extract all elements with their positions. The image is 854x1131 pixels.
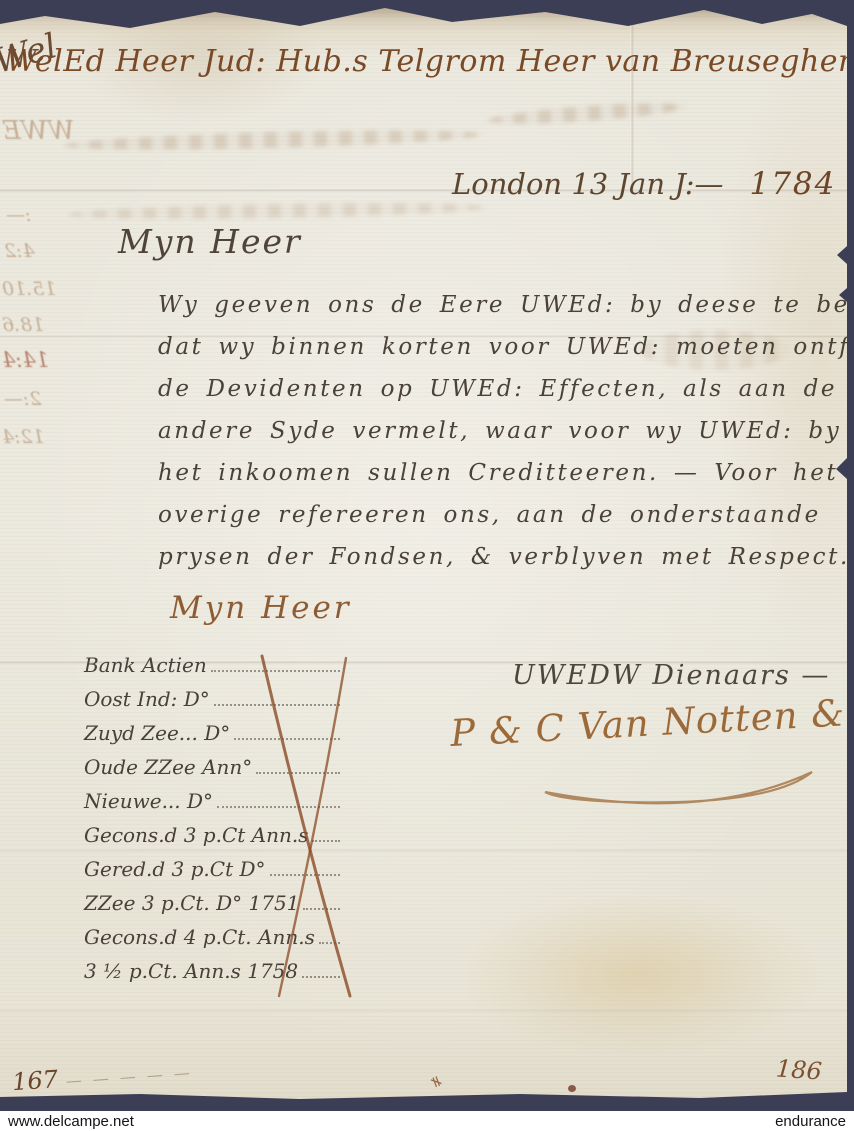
bleedthrough-line	[64, 127, 484, 154]
watermark-seller: endurance	[775, 1113, 846, 1130]
bleedthrough-amount: 2:—	[4, 388, 42, 410]
dotted-leader	[256, 772, 340, 774]
valediction: UWEDW Dienaars —	[512, 660, 830, 691]
fund-label: Zuyd Zee... D°	[84, 716, 230, 750]
dotted-leader	[312, 840, 340, 842]
watermark-site: www.delcampe.net	[8, 1113, 134, 1130]
dateline: London 13 Jan J:—1784	[452, 166, 836, 202]
body-line: de Devidenten op UWEd: Effecten, als aan…	[158, 368, 854, 410]
dotted-leader	[214, 704, 340, 706]
bleedthrough-amount: 15.10	[2, 278, 56, 300]
fund-label: Gecons.d 3 p.Ct Ann.s	[84, 818, 308, 852]
fund-label: Oost Ind: D°	[84, 682, 210, 716]
fund-row: Oude ZZee Ann°	[84, 750, 342, 784]
letter-paper: WWE :— 4:2 15.10 18.6 14:4 2:— 12:4 Wel …	[0, 0, 847, 1101]
fund-label: 3 ½ p.Ct. Ann.s 1758	[84, 954, 298, 988]
fund-label: ZZee 3 p.Ct. D° 1751	[84, 886, 299, 920]
bleedthrough-line	[68, 200, 488, 221]
fund-row: Zuyd Zee... D°	[84, 716, 342, 750]
bleedthrough-amount: 14:4	[2, 348, 49, 372]
funds-list: Bank Actien Oost Ind: D° Zuyd Zee... D° …	[84, 648, 342, 988]
fund-label: Bank Actien	[84, 648, 207, 682]
body-line: prysen der Fondsen, & verblyven met Resp…	[158, 536, 854, 578]
bleedthrough-line	[488, 99, 689, 128]
dotted-leader	[270, 874, 340, 876]
fund-row: Gecons.d 3 p.Ct Ann.s	[84, 818, 342, 852]
letter-body: Wy geeven ons de Eere UWEd: by deese te …	[158, 284, 854, 578]
closing-salutation: Myn Heer	[170, 590, 352, 626]
fund-label: Gered.d 3 p.Ct D°	[84, 852, 266, 886]
fund-row: Gecons.d 4 p.Ct. Ann.s	[84, 920, 342, 954]
fund-row: Oost Ind: D°	[84, 682, 342, 716]
folio-left-value: 167	[11, 1065, 59, 1096]
scanned-letter-photo: WWE :— 4:2 15.10 18.6 14:4 2:— 12:4 Wel …	[0, 0, 854, 1131]
body-line: dat wy binnen korten voor UWEd: moeten o…	[158, 326, 854, 368]
bleedthrough-amount: 12:4	[2, 426, 45, 448]
body-line: overige refereeren ons, aan de onderstaa…	[158, 494, 854, 536]
dotted-leader	[211, 670, 340, 672]
folio-left-dashes: — — — — —	[65, 1063, 193, 1091]
fund-row: Gered.d 3 p.Ct D°	[84, 852, 342, 886]
ink-blot	[568, 1085, 576, 1092]
dateline-place-date: London 13 Jan J:—	[452, 167, 723, 201]
watermark-bar: www.delcampe.net endurance	[0, 1111, 854, 1131]
fold-crease-vertical	[630, 14, 634, 190]
torn-top-edge	[0, 6, 847, 32]
fund-row: ZZee 3 p.Ct. D° 1751	[84, 886, 342, 920]
bleedthrough-amount: 4:2	[4, 240, 35, 262]
body-line: het inkoomen sullen Creditteeren. — Voor…	[158, 452, 854, 494]
dotted-leader	[234, 738, 340, 740]
address-line: WelEd Heer Jud: Hub.s Telgrom Heer van B…	[6, 44, 726, 79]
stray-ink-mark: ≠	[425, 1072, 447, 1091]
dotted-leader	[302, 976, 340, 978]
signature-flourish	[545, 772, 812, 803]
folio-number-left: 167 — — — — —	[11, 1056, 193, 1097]
bleedthrough-amount: :—	[6, 204, 31, 226]
signature: P & C Van Notten & Co	[449, 688, 854, 755]
fund-row: Bank Actien	[84, 648, 342, 682]
dotted-leader	[303, 908, 340, 910]
dateline-year: 1784	[749, 166, 836, 202]
fund-label: Nieuwe... D°	[84, 784, 213, 818]
folio-number-right: 186	[775, 1054, 823, 1085]
fund-label: Oude ZZee Ann°	[84, 750, 252, 784]
body-line: andere Syde vermelt, waar voor wy UWEd: …	[158, 410, 854, 452]
body-line: Wy geeven ons de Eere UWEd: by deese te …	[158, 284, 854, 326]
dotted-leader	[319, 942, 340, 944]
dotted-leader	[217, 806, 340, 808]
bleedthrough-amount: WWE	[2, 116, 74, 146]
fund-row: 3 ½ p.Ct. Ann.s 1758	[84, 954, 342, 988]
fold-crease	[0, 1008, 847, 1012]
salutation: Myn Heer	[118, 222, 302, 261]
bleedthrough-amount: 18.6	[2, 314, 44, 336]
fund-row: Nieuwe... D°	[84, 784, 342, 818]
fund-label: Gecons.d 4 p.Ct. Ann.s	[84, 920, 315, 954]
